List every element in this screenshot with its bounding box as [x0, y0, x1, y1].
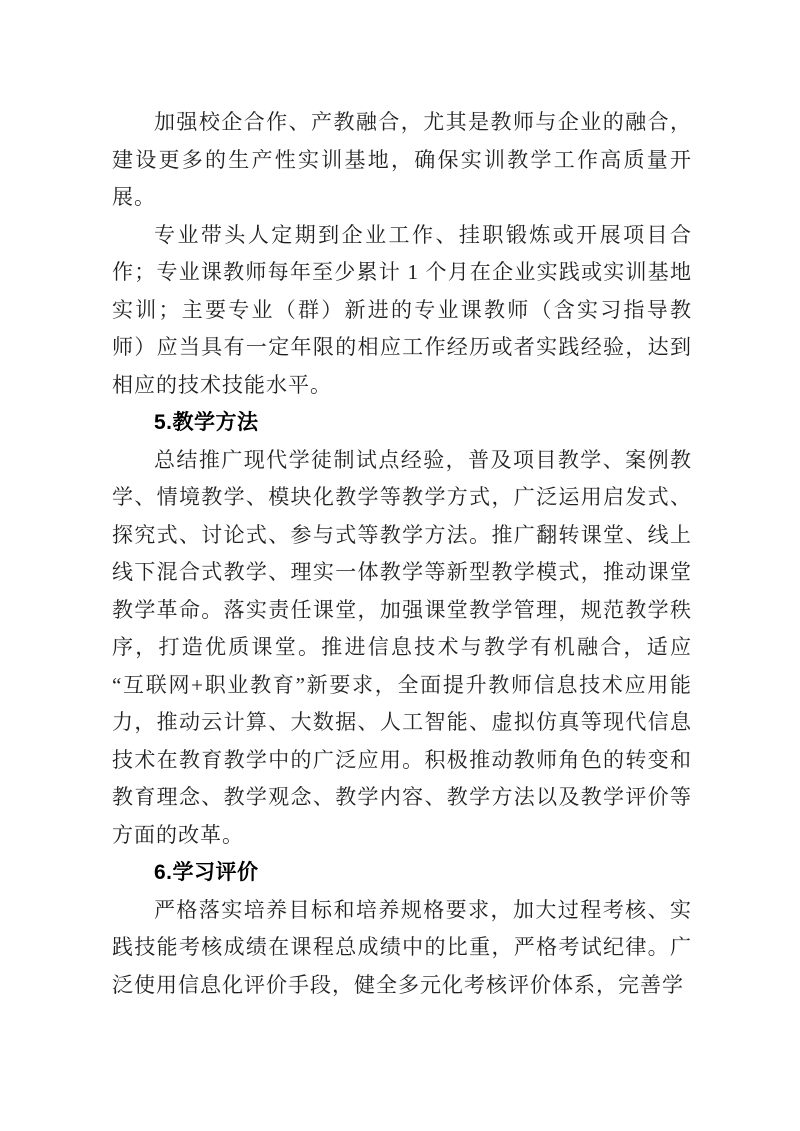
paragraph-teaching-methods: 总结推广现代学徒制试点经验，普及项目教学、案例教学、情境教学、模块化教学等教学方…: [112, 442, 692, 855]
heading-learning-evaluation: 6.学习评价: [112, 854, 692, 892]
paragraph-teacher-enterprise-practice: 专业带头人定期到企业工作、挂职锻炼或开展项目合作；专业课教师每年至少累计 1 个…: [112, 217, 692, 405]
paragraph-school-enterprise-cooperation: 加强校企合作、产教融合，尤其是教师与企业的融合，建设更多的生产性实训基地，确保实…: [112, 104, 692, 217]
paragraph-learning-evaluation: 严格落实培养目标和培养规格要求，加大过程考核、实践技能考核成绩在课程总成绩中的比…: [112, 892, 692, 1005]
document-page: 加强校企合作、产教融合，尤其是教师与企业的融合，建设更多的生产性实训基地，确保实…: [0, 0, 800, 1131]
heading-teaching-methods: 5.教学方法: [112, 404, 692, 442]
document-body: 加强校企合作、产教融合，尤其是教师与企业的融合，建设更多的生产性实训基地，确保实…: [112, 104, 692, 1004]
